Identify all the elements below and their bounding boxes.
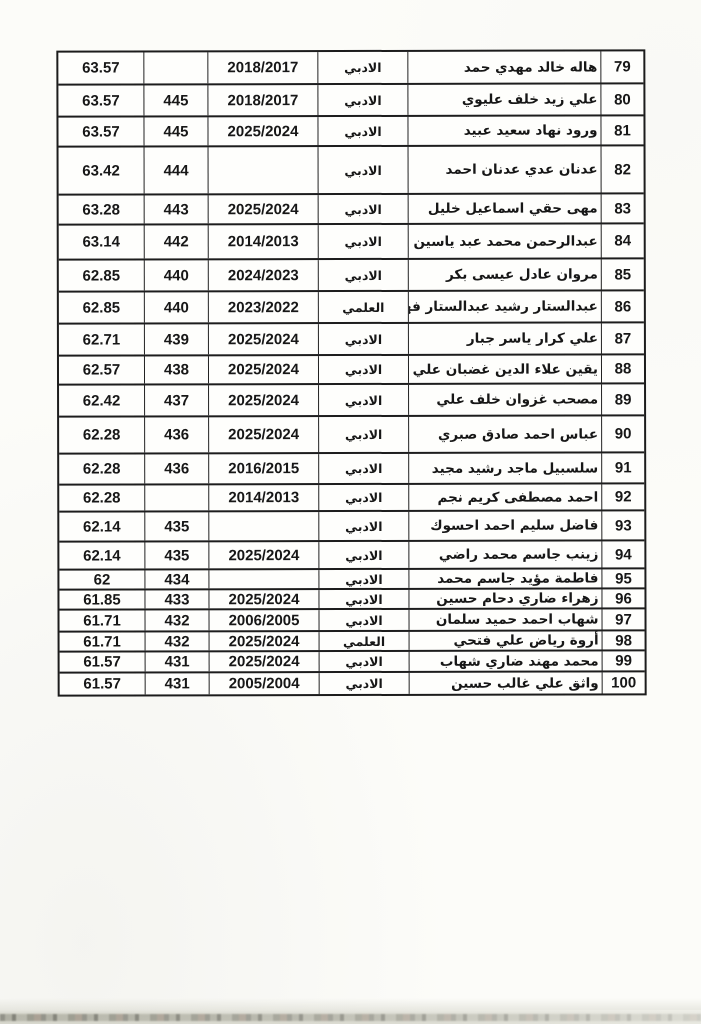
row-number-cell: 99 xyxy=(603,651,645,670)
average-cell: 62.85 xyxy=(59,260,145,290)
year-cell: 2024/2023 xyxy=(209,260,319,290)
year-cell: 2025/2024 xyxy=(209,195,319,223)
stream-cell: الادبي xyxy=(319,542,409,568)
total-cell: 434 xyxy=(145,570,209,588)
row-number-cell: 80 xyxy=(601,84,643,114)
total-cell: 445 xyxy=(144,85,208,115)
total-cell xyxy=(144,52,208,83)
year-cell xyxy=(209,570,319,588)
scanner-edge-artifact xyxy=(0,998,701,1024)
row-number-cell: 79 xyxy=(601,51,643,82)
year-cell xyxy=(209,512,319,540)
average-cell: 62.14 xyxy=(59,542,145,568)
average-cell: 62.42 xyxy=(59,385,145,415)
student-name-cell: احمد مصطفى كريم نجم xyxy=(409,484,602,509)
average-cell: 62.28 xyxy=(59,454,145,483)
table-row: 62.144352025/2024الادبيزينب جاسم محمد را… xyxy=(59,541,644,570)
row-number-cell: 97 xyxy=(602,609,644,629)
year-cell: 2025/2024 xyxy=(209,542,319,568)
table-row: 63.284432025/2024الادبيمهى حقي اسماعيل خ… xyxy=(59,194,644,225)
total-cell: 438 xyxy=(145,356,209,383)
row-number-cell: 96 xyxy=(602,589,644,607)
table-row: 63.42444الادبيعدنان عدي عدنان احمد82 xyxy=(59,146,644,195)
year-cell: 2025/2024 xyxy=(209,417,319,452)
total-cell: 436 xyxy=(145,454,209,483)
row-number-cell: 89 xyxy=(602,384,644,414)
average-cell: 61.57 xyxy=(60,673,146,694)
stream-cell: العلمي xyxy=(320,632,410,650)
year-cell: 2025/2024 xyxy=(208,117,318,145)
table-row: 63.572018/2017الادبيهاله خالد مهدي حمد79 xyxy=(58,51,643,85)
student-name-cell: يقين علاء الدين غضبان علي xyxy=(409,355,602,382)
stream-cell: الادبي xyxy=(319,570,409,588)
total-cell: 443 xyxy=(145,195,209,223)
average-cell: 61.57 xyxy=(60,652,146,671)
scanned-results-page: 63.572018/2017الادبيهاله خالد مهدي حمد79… xyxy=(0,0,701,1024)
stream-cell: الادبي xyxy=(320,652,410,671)
average-cell: 62.71 xyxy=(59,324,145,354)
table-row: 62.284362025/2024الادبيعباس احمد صادق صب… xyxy=(59,416,644,454)
average-cell: 61.85 xyxy=(59,590,145,608)
year-cell: 2014/2013 xyxy=(209,225,319,258)
average-cell: 63.57 xyxy=(58,52,144,83)
row-number-cell: 98 xyxy=(603,631,645,649)
table-row: 61.574312025/2024الادبيمحمد مهند ضاري شه… xyxy=(60,651,645,673)
table-row: 62.854402024/2023الادبيمروان عادل عيسى ب… xyxy=(59,259,644,292)
scanner-edge-fade xyxy=(0,1010,701,1024)
average-cell: 63.28 xyxy=(59,195,145,223)
table-row: 63.574452025/2024الادبيورود نهاد سعيد عب… xyxy=(58,116,643,147)
total-cell: 431 xyxy=(146,652,210,671)
stream-cell: الادبي xyxy=(319,260,409,290)
total-cell: 444 xyxy=(145,147,209,193)
student-name-cell: عبدالرحمن محمد عبد ياسين xyxy=(409,224,602,257)
stream-cell: الادبي xyxy=(319,385,409,415)
row-number-cell: 84 xyxy=(602,224,644,257)
stream-cell: الادبي xyxy=(319,454,409,483)
table-row: 61.574312005/2004الادبيواثق علي غالب حسي… xyxy=(60,672,645,694)
total-cell: 435 xyxy=(145,512,209,540)
student-name-cell: عباس احمد صادق صبري xyxy=(409,416,602,451)
table-row: 62.714392025/2024الادبيعلي كرار ياسر جبا… xyxy=(59,323,644,356)
table-row: 62.14435الادبيفاضل سليم احمد احسوك93 xyxy=(59,511,644,542)
average-cell: 61.71 xyxy=(59,610,145,630)
average-cell: 62.28 xyxy=(59,485,145,510)
stream-cell: الادبي xyxy=(319,590,409,608)
table-row: 63.574452018/2017الادبيعلي زيد خلف عليوي… xyxy=(58,84,643,117)
average-cell: 63.42 xyxy=(59,147,145,193)
table-row: 62.282014/2013الادبياحمد مصطفى كريم نجم9… xyxy=(59,484,644,512)
table-row: 63.144422014/2013الادبيعبدالرحمن محمد عب… xyxy=(59,224,644,260)
student-name-cell: ورود نهاد سعيد عبيد xyxy=(408,116,601,144)
year-cell: 2006/2005 xyxy=(209,610,319,630)
table-row: 61.714322025/2024العلميأروة رياض علي فتح… xyxy=(60,631,645,652)
student-name-cell: عدنان عدي عدنان احمد xyxy=(409,146,602,192)
row-number-cell: 85 xyxy=(602,259,644,289)
student-name-cell: أروة رياض علي فتحي xyxy=(410,631,603,649)
student-name-cell: زينب جاسم محمد راضي xyxy=(409,541,602,567)
year-cell: 2018/2017 xyxy=(208,85,318,115)
year-cell: 2025/2024 xyxy=(209,385,319,415)
year-cell: 2014/2013 xyxy=(209,485,319,510)
stream-cell: الادبي xyxy=(319,610,409,630)
stream-cell: الادبي xyxy=(320,673,410,694)
average-cell: 62 xyxy=(59,570,145,588)
student-name-cell: مصحب غزوان خلف علي xyxy=(409,384,602,414)
student-name-cell: واثق علي غالب حسين xyxy=(410,672,603,693)
row-number-cell: 88 xyxy=(602,355,644,382)
average-cell: 63.14 xyxy=(59,225,145,258)
year-cell: 2025/2024 xyxy=(209,356,319,383)
table-row: 62.424372025/2024الادبيمصحب غزوان خلف عل… xyxy=(59,384,644,417)
total-cell: 436 xyxy=(145,417,209,452)
stream-cell: الادبي xyxy=(319,485,409,510)
year-cell: 2025/2024 xyxy=(210,632,320,650)
year-cell: 2005/2004 xyxy=(210,673,320,694)
results-table: 63.572018/2017الادبيهاله خالد مهدي حمد79… xyxy=(56,49,646,696)
total-cell: 432 xyxy=(146,632,210,650)
row-number-cell: 86 xyxy=(602,291,644,321)
total-cell: 440 xyxy=(145,260,209,290)
stream-cell: العلمي xyxy=(319,292,409,322)
table-row: 62.284362016/2015الادبيسلسبيل ماجد رشيد … xyxy=(59,453,644,485)
year-cell: 2018/2017 xyxy=(208,52,318,83)
table-row: 62.574382025/2024الادبييقين علاء الدين غ… xyxy=(59,355,644,385)
year-cell: 2025/2024 xyxy=(210,652,320,671)
stream-cell: الادبي xyxy=(318,52,408,83)
student-name-cell: محمد مهند ضاري شهاب xyxy=(410,651,603,670)
total-cell: 439 xyxy=(145,324,209,354)
student-name-cell: علي زيد خلف عليوي xyxy=(408,84,601,114)
student-name-cell: علي كرار ياسر جبار xyxy=(409,323,602,353)
average-cell: 62.85 xyxy=(59,292,145,322)
student-name-cell: هاله خالد مهدي حمد xyxy=(408,51,601,82)
stream-cell: الادبي xyxy=(318,117,408,145)
student-name-cell: شهاب احمد حميد سلمان xyxy=(409,609,602,629)
average-cell: 63.57 xyxy=(58,85,144,115)
total-cell: 432 xyxy=(145,610,209,630)
stream-cell: الادبي xyxy=(319,225,409,258)
average-cell: 62.57 xyxy=(59,356,145,383)
student-name-cell: مروان عادل عيسى بكر xyxy=(409,259,602,289)
total-cell: 445 xyxy=(144,117,208,145)
row-number-cell: 100 xyxy=(603,672,645,693)
total-cell: 433 xyxy=(145,590,209,608)
student-name-cell: سلسبيل ماجد رشيد مجيد xyxy=(409,453,602,482)
row-number-cell: 95 xyxy=(602,569,644,587)
total-cell xyxy=(145,485,209,510)
row-number-cell: 81 xyxy=(601,116,643,144)
year-cell: 2023/2022 xyxy=(209,292,319,322)
row-number-cell: 91 xyxy=(602,453,644,482)
row-number-cell: 87 xyxy=(602,323,644,353)
stream-cell: الادبي xyxy=(319,324,409,354)
table-row: 62434الادبيفاطمة مؤيد جاسم محمد95 xyxy=(59,569,644,590)
row-number-cell: 82 xyxy=(602,146,644,192)
stream-cell: الادبي xyxy=(318,85,408,115)
year-cell: 2016/2015 xyxy=(209,454,319,483)
student-name-cell: زهراء ضاري دحام حسين xyxy=(409,589,602,607)
average-cell: 62.28 xyxy=(59,417,145,452)
student-name-cell: مهى حقي اسماعيل خليل xyxy=(409,194,602,222)
stream-cell: الادبي xyxy=(319,147,409,193)
row-number-cell: 90 xyxy=(602,416,644,451)
row-number-cell: 93 xyxy=(602,511,644,539)
row-number-cell: 83 xyxy=(602,194,644,222)
student-name-cell: عبدالستار رشيد عبدالستار فهد xyxy=(409,291,602,321)
table-row: 62.854402023/2022العلميعبدالستار رشيد عب… xyxy=(59,291,644,324)
stream-cell: الادبي xyxy=(319,512,409,540)
total-cell: 431 xyxy=(146,673,210,694)
table-row: 61.854332025/2024الادبيزهراء ضاري دحام ح… xyxy=(59,589,644,610)
average-cell: 62.14 xyxy=(59,512,145,540)
student-name-cell: فاضل سليم احمد احسوك xyxy=(409,511,602,539)
stream-cell: الادبي xyxy=(319,356,409,383)
stream-cell: الادبي xyxy=(319,417,409,452)
year-cell xyxy=(209,147,319,193)
average-cell: 61.71 xyxy=(60,632,146,650)
row-number-cell: 94 xyxy=(602,541,644,567)
total-cell: 435 xyxy=(145,542,209,568)
stream-cell: الادبي xyxy=(319,195,409,223)
total-cell: 440 xyxy=(145,292,209,322)
year-cell: 2025/2024 xyxy=(209,590,319,608)
year-cell: 2025/2024 xyxy=(209,324,319,354)
row-number-cell: 92 xyxy=(602,484,644,509)
average-cell: 63.57 xyxy=(58,117,144,145)
total-cell: 442 xyxy=(145,225,209,258)
student-name-cell: فاطمة مؤيد جاسم محمد xyxy=(409,569,602,587)
total-cell: 437 xyxy=(145,385,209,415)
table-row: 61.714322006/2005الادبيشهاب احمد حميد سل… xyxy=(59,609,644,632)
